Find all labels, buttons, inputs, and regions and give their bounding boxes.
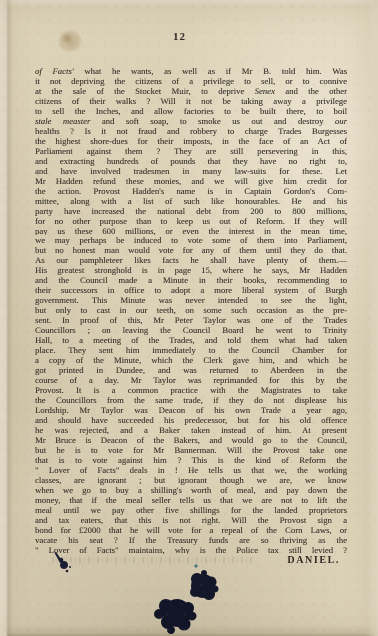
body-line: party have increased the national debt f… xyxy=(35,206,347,216)
body-line: " Lover of Facts" maintains, why is the … xyxy=(35,545,347,555)
body-line: at the sale of the Stocket Muir, to depr… xyxy=(35,86,347,96)
body-line: sent. In proof of this, Mr Peter Taylor … xyxy=(35,315,347,325)
body-line: citizens of their walks ? Will it not be… xyxy=(35,96,347,106)
body-line: As our pamphleteer likes facts he shall … xyxy=(35,255,347,265)
body-line: got printed in Dundee, and was returned … xyxy=(35,365,347,375)
body-line: and the Council made a Minute in their b… xyxy=(35,275,347,285)
body-line: healths ? Is it not fraud and robbery to… xyxy=(35,126,347,136)
body-line: government. This Minute was never intend… xyxy=(35,295,347,305)
body-line: for no other purpose than to keep us out… xyxy=(35,216,347,226)
body-line: Mr Bruce is Deacon of the Bakers, and wo… xyxy=(35,435,347,445)
pamphlet-page: 12 of Facts' what he wants, as well as i… xyxy=(0,0,378,636)
body-line: the highest shore-dues for their imposts… xyxy=(35,136,347,146)
body-line: Councillors ; on leaving the Council Boa… xyxy=(35,325,347,335)
body-line: classes, are ignorant ; but ignorant tho… xyxy=(35,475,347,485)
body-line: we may perhaps be induced to vote some o… xyxy=(35,235,347,245)
body-line: he was rejected, and a Baker taken inste… xyxy=(35,425,347,435)
body-line: and have involved tradesmen in many law-… xyxy=(35,166,347,176)
body-line: to sell the Inches, and allow factories … xyxy=(35,106,347,116)
body-line: and extracting hundreds of pounds that t… xyxy=(35,156,347,166)
body-line: Lordship. Mr Taylor was Deacon of his ow… xyxy=(35,405,347,415)
body-line: Hall, to a meeting of the Trades, and to… xyxy=(35,335,347,345)
teal-speck-icon xyxy=(194,564,197,567)
author-signature: DANIEL. xyxy=(287,555,340,566)
body-line: " Lover of Facts" deals in ! He tells us… xyxy=(35,465,347,475)
body-line: when we go to buy a shilling's worth of … xyxy=(35,485,347,495)
body-line: vacate his seat ? If the Treasury funds … xyxy=(35,535,347,545)
body-line: course of a day. Mr Taylor was reprimand… xyxy=(35,375,347,385)
body-line: Mr Hadden refund these monies, and we wi… xyxy=(35,176,347,186)
body-line: place. They sent him immediately to the … xyxy=(35,345,347,355)
body-line: but no honest man would vote for any of … xyxy=(35,245,347,255)
body-line: Provost. It is a common practice with th… xyxy=(35,385,347,395)
ink-blot-lower xyxy=(154,599,197,634)
body-line: and should have succeeded his predecesso… xyxy=(35,415,347,425)
body-line: bond for £2000 that he will vote for a r… xyxy=(35,525,347,535)
body-line: meal until we pay other five shillings f… xyxy=(35,505,347,515)
page-number: 12 xyxy=(173,31,186,43)
body-line: pay us these 600 millions, or even the i… xyxy=(35,226,347,236)
body-line: of Facts' what he wants, as well as if M… xyxy=(35,66,347,76)
body-line: that is to vote against him ? This is th… xyxy=(35,455,347,465)
body-line: the Councillors from the same trade, if … xyxy=(35,395,347,405)
body-line: mittee, along with a list of such like h… xyxy=(35,196,347,206)
body-line: stale measter and soft soap, to smoke us… xyxy=(35,116,347,126)
body-line: a copy of the Minute, which the Clerk ga… xyxy=(35,355,347,365)
body-line: Parliament against them ? They are still… xyxy=(35,146,347,156)
body-line: His greatest stronghold is in page 15, w… xyxy=(35,265,347,275)
body-line: their successors in office to adopt a mo… xyxy=(35,285,347,295)
body-line: and tax eaters, that this is not right. … xyxy=(35,515,347,525)
body-line: but he is to vote for Mr Bannerman. Will… xyxy=(35,445,347,455)
body-line: but only to cast in our teeth, on some s… xyxy=(35,305,347,315)
body-line: money, that if the meal seller tells us … xyxy=(35,495,347,505)
body-line: the action. Provost Hadden's name is in … xyxy=(35,186,347,196)
body-line: it not depriving the citizens of a privi… xyxy=(35,76,347,86)
body-text: of Facts' what he wants, as well as if M… xyxy=(35,66,347,554)
show-through-marks xyxy=(52,557,252,563)
ink-blot-upper xyxy=(190,570,219,600)
